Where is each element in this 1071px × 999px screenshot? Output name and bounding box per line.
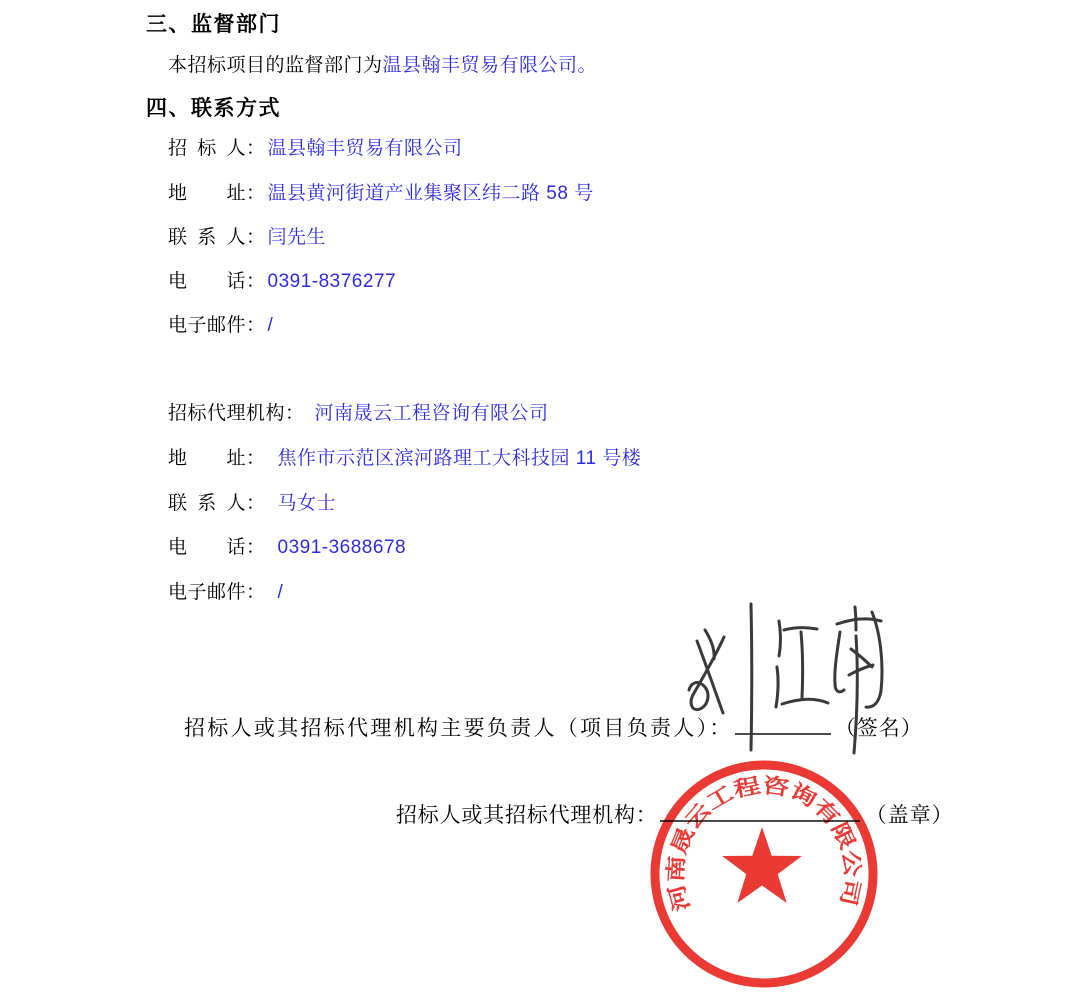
seal-star-icon [722, 827, 802, 903]
supervision-text: 本招标项目的监督部门为 [168, 55, 383, 76]
field-label: 联 系 人 [168, 493, 246, 515]
field-colon: ： [285, 403, 305, 424]
field-row-address: 地 址：温县黄河街道产业集聚区纬二路 58 号 [168, 183, 594, 205]
field-value: 河南晟云工程咨询有限公司 [315, 403, 549, 424]
signature-suffix: （签名） [835, 717, 923, 740]
field-value: 0391-8376277 [268, 271, 397, 292]
field-value: 0391-3688678 [278, 537, 407, 558]
field-label: 电 话 [168, 271, 246, 293]
supervision-company: 温县翰丰贸易有限公司 [383, 55, 578, 76]
field-value: 焦作市示范区滨河路理工大科技园 11 号楼 [278, 448, 642, 469]
field-colon: ： [246, 493, 266, 514]
field-label: 电子邮件 [168, 315, 246, 337]
section-heading-supervision: 三、监督部门 [146, 8, 281, 38]
signature-underline [735, 713, 831, 735]
field-label: 联 系 人 [168, 227, 246, 249]
field-value: 马女士 [278, 493, 337, 514]
field-row-phone: 电 话：0391-8376277 [168, 271, 396, 293]
seal-arc-text: 河南晟云工程咨询有限公司 [663, 773, 863, 914]
field-value: 温县翰丰贸易有限公司 [268, 138, 463, 159]
stamp-suffix: （盖章） [866, 804, 954, 827]
field-colon: ： [246, 582, 266, 603]
field-row-agency: 招标代理机构：河南晟云工程咨询有限公司 [168, 403, 549, 425]
seal-ring [655, 765, 873, 983]
field-value: / [268, 315, 274, 336]
field-value: 温县黄河街道产业集聚区纬二路 58 号 [268, 183, 594, 204]
stamp-line-label: 招标人或其招标代理机构： [396, 804, 658, 827]
field-row-email: 电子邮件：/ [168, 315, 273, 337]
field-label: 地 址 [168, 448, 246, 470]
stamp-line: 招标人或其招标代理机构：（盖章） [396, 799, 954, 829]
field-colon: ： [246, 315, 266, 336]
field-label: 招标代理机构 [168, 403, 285, 425]
field-colon: ： [246, 271, 266, 292]
field-label: 招 标 人 [168, 138, 246, 160]
supervision-period: 。 [578, 55, 598, 76]
field-value: / [278, 582, 284, 603]
svg-text:河南晟云工程咨询有限公司: 河南晟云工程咨询有限公司 [663, 773, 863, 914]
responsible-line: 招标人或其招标代理机构主要负责人（项目负责人）：（签名） [184, 712, 923, 742]
supervision-paragraph: 本招标项目的监督部门为温县翰丰贸易有限公司。 [168, 50, 597, 77]
field-row-contact-person: 联 系 人：闫先生 [168, 227, 326, 249]
field-row-agency-address: 地 址：焦作市示范区滨河路理工大科技园 11 号楼 [168, 448, 641, 470]
responsible-line-label: 招标人或其招标代理机构主要负责人（项目负责人）： [184, 717, 733, 740]
signature-handwriting: 刘江南 [640, 590, 930, 770]
field-value: 闫先生 [268, 227, 327, 248]
document-page: { "supervision": { "heading": "三、监督部门", … [0, 0, 1071, 999]
field-colon: ： [246, 183, 266, 204]
stamp-underline [660, 800, 860, 822]
field-label: 地 址 [168, 183, 246, 205]
field-colon: ： [246, 448, 266, 469]
field-row-agency-contact-person: 联 系 人：马女士 [168, 493, 336, 515]
company-seal: 河南晟云工程咨询有限公司 [640, 750, 890, 999]
section-heading-contact: 四、联系方式 [146, 92, 281, 122]
field-label: 电子邮件 [168, 582, 246, 604]
field-colon: ： [246, 537, 266, 558]
field-row-agency-phone: 电 话：0391-3688678 [168, 537, 406, 559]
field-colon: ： [246, 138, 266, 159]
field-row-agency-email: 电子邮件：/ [168, 582, 283, 604]
field-colon: ： [246, 227, 266, 248]
field-label: 电 话 [168, 537, 246, 559]
field-row-tenderer: 招 标 人：温县翰丰贸易有限公司 [168, 138, 463, 160]
